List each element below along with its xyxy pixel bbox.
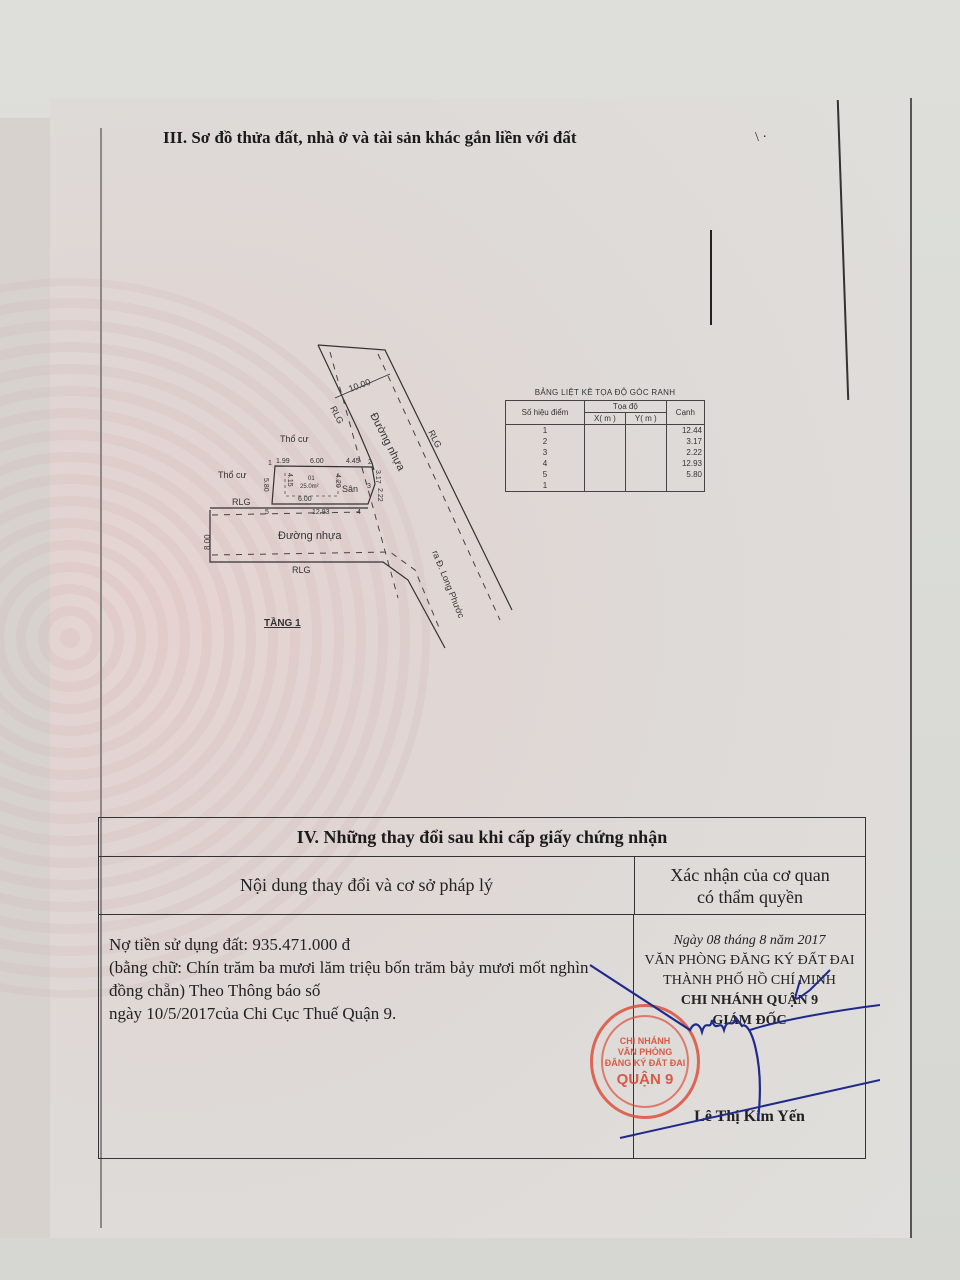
rlg-label-left: RLG	[232, 497, 251, 507]
coordinate-table-title: BẢNG LIỆT KÊ TỌA ĐỘ GÓC RANH	[505, 388, 705, 397]
parcel-sketch: 10.00 RLG Đường nhựa RLG Thổ cư Thổ cư R…	[200, 330, 530, 650]
point-cell: 4	[506, 458, 585, 469]
neighbor-label-left: Thổ cư	[218, 470, 247, 480]
dim-5-80: 5.80	[262, 478, 269, 492]
binding-tick-marks	[710, 230, 716, 325]
office-line1: VĂN PHÒNG ĐĂNG KÝ ĐẤT ĐAI	[634, 951, 865, 971]
point-cell: 2	[506, 436, 585, 447]
coordinate-row: 1	[506, 480, 705, 492]
point-cell: 5	[506, 469, 585, 480]
coordinate-row: 55.80	[506, 469, 705, 480]
road-width-label: 10.00	[347, 377, 372, 394]
road-label-main: Đường nhựa	[367, 411, 407, 474]
edge-cell	[666, 480, 704, 492]
confirmation-date: Ngày 08 tháng 8 năm 2017	[634, 931, 865, 951]
coordinate-table-body: 112.4423.1732.22412.9355.801	[506, 425, 705, 492]
point-cell: 3	[506, 447, 585, 458]
header-point: Số hiệu điểm	[506, 401, 585, 425]
content-line-in-words: (bằng chữ: Chín trăm ba mươi lăm triệu b…	[109, 956, 633, 979]
building-code: 01	[308, 476, 315, 482]
stamp-line3: ĐĂNG KÝ ĐẤT ĐAI	[605, 1058, 686, 1069]
official-red-stamp: CHI NHÁNH VĂN PHÒNG ĐĂNG KÝ ĐẤT ĐAI QUẬN…	[590, 1004, 700, 1119]
point-2: 2	[368, 459, 372, 466]
col-confirmation-header-line2: có thẩm quyền	[670, 886, 829, 908]
stamp-line4: QUẬN 9	[617, 1071, 674, 1088]
section-3-title: III. Sơ đồ thửa đất, nhà ở và tài sản kh…	[163, 128, 577, 148]
dim-6-00-bottom: 6.00	[298, 496, 312, 503]
header-x: X( m )	[584, 413, 625, 425]
side-road-width-label: 8.00	[203, 534, 212, 550]
coordinate-row: 412.93	[506, 458, 705, 469]
floor-label: TẦNG 1	[264, 616, 301, 629]
rlg-label-bottom: RLG	[292, 565, 311, 575]
edge-cell: 12.44	[666, 425, 704, 437]
road-label-side: Đường nhựa	[278, 530, 342, 542]
dim-2-22: 2.22	[376, 488, 383, 502]
section-4-title: IV. Những thay đổi sau khi cấp giấy chứn…	[99, 818, 865, 857]
change-content: Nợ tiền sử dụng đất: 935.471.000 đ (bằng…	[99, 915, 634, 1158]
branch-name: CHI NHÁNH QUẬN 9	[634, 991, 865, 1011]
y-cell	[625, 469, 666, 480]
coordinate-row: 112.44	[506, 425, 705, 437]
point-5: 5	[265, 509, 269, 516]
dim-4-45: 4.45	[346, 458, 360, 465]
header-y: Y( m )	[625, 413, 666, 425]
point-1: 1	[268, 460, 272, 467]
stamp-line2: VĂN PHÒNG	[618, 1047, 673, 1058]
dim-4-15: 4.15	[286, 473, 293, 487]
x-cell	[584, 469, 625, 480]
x-cell	[584, 436, 625, 447]
x-cell	[584, 480, 625, 492]
y-cell	[625, 447, 666, 458]
content-line-date: ngày 10/5/2017của Chi Cục Thuế Quận 9.	[109, 1002, 633, 1025]
section-4-body-row: Nợ tiền sử dụng đất: 935.471.000 đ (bằng…	[99, 915, 865, 1158]
rlg-label: RLG	[328, 404, 345, 425]
edge-cell: 2.22	[666, 447, 704, 458]
edge-cell: 3.17	[666, 436, 704, 447]
coordinate-table: Số hiệu điểm Tọa độ Cạnh X( m ) Y( m ) 1…	[505, 400, 705, 492]
dim-1-99: 1.99	[276, 458, 290, 465]
dim-3-17: 3.17	[374, 470, 381, 484]
coordinate-row: 32.22	[506, 447, 705, 458]
y-cell	[625, 425, 666, 437]
dim-6-00-top: 6.00	[310, 458, 324, 465]
yard-label: Sân	[342, 484, 358, 494]
header-coord: Tọa độ	[584, 401, 666, 413]
edge-cell: 12.93	[666, 458, 704, 469]
ink-marks: \ ·	[755, 130, 767, 146]
y-cell	[625, 436, 666, 447]
office-line2: THÀNH PHỐ HỒ CHÍ MINH	[634, 971, 865, 991]
content-line-debt: Nợ tiền sử dụng đất: 935.471.000 đ	[109, 933, 633, 956]
point-cell: 1	[506, 425, 585, 437]
section-4-table: IV. Những thay đổi sau khi cấp giấy chứn…	[98, 817, 866, 1159]
section-4-header-row: Nội dung thay đổi và cơ sở pháp lý Xác n…	[99, 857, 865, 915]
edge-cell: 5.80	[666, 469, 704, 480]
x-cell	[584, 425, 625, 437]
dim-4-20: 4.20	[334, 474, 341, 488]
col-confirmation-header: Xác nhận của cơ quan có thẩm quyền	[635, 857, 865, 914]
point-cell: 1	[506, 480, 585, 492]
x-cell	[584, 458, 625, 469]
col-confirmation-header-line1: Xác nhận của cơ quan	[670, 864, 829, 886]
coordinate-table-block: BẢNG LIỆT KÊ TỌA ĐỘ GÓC RANH Số hiệu điể…	[505, 388, 705, 492]
neighbor-label-top: Thổ cư	[280, 434, 309, 444]
col-content-header: Nội dung thay đổi và cơ sở pháp lý	[99, 857, 635, 914]
y-cell	[625, 458, 666, 469]
dim-12-93: 12.93	[312, 509, 330, 516]
point-4: 4	[357, 509, 361, 516]
x-cell	[584, 447, 625, 458]
header-edge: Cạnh	[666, 401, 704, 425]
y-cell	[625, 480, 666, 492]
content-line-notice: đồng chẵn) Theo Thông báo số	[109, 979, 633, 1002]
building-area: 25.0m²	[300, 484, 319, 490]
coordinate-row: 23.17	[506, 436, 705, 447]
stamp-line1: CHI NHÁNH	[620, 1036, 671, 1047]
point-3: 3	[367, 483, 371, 490]
long-phuoc-direction-label: ra Đ. Long Phước	[430, 549, 466, 620]
